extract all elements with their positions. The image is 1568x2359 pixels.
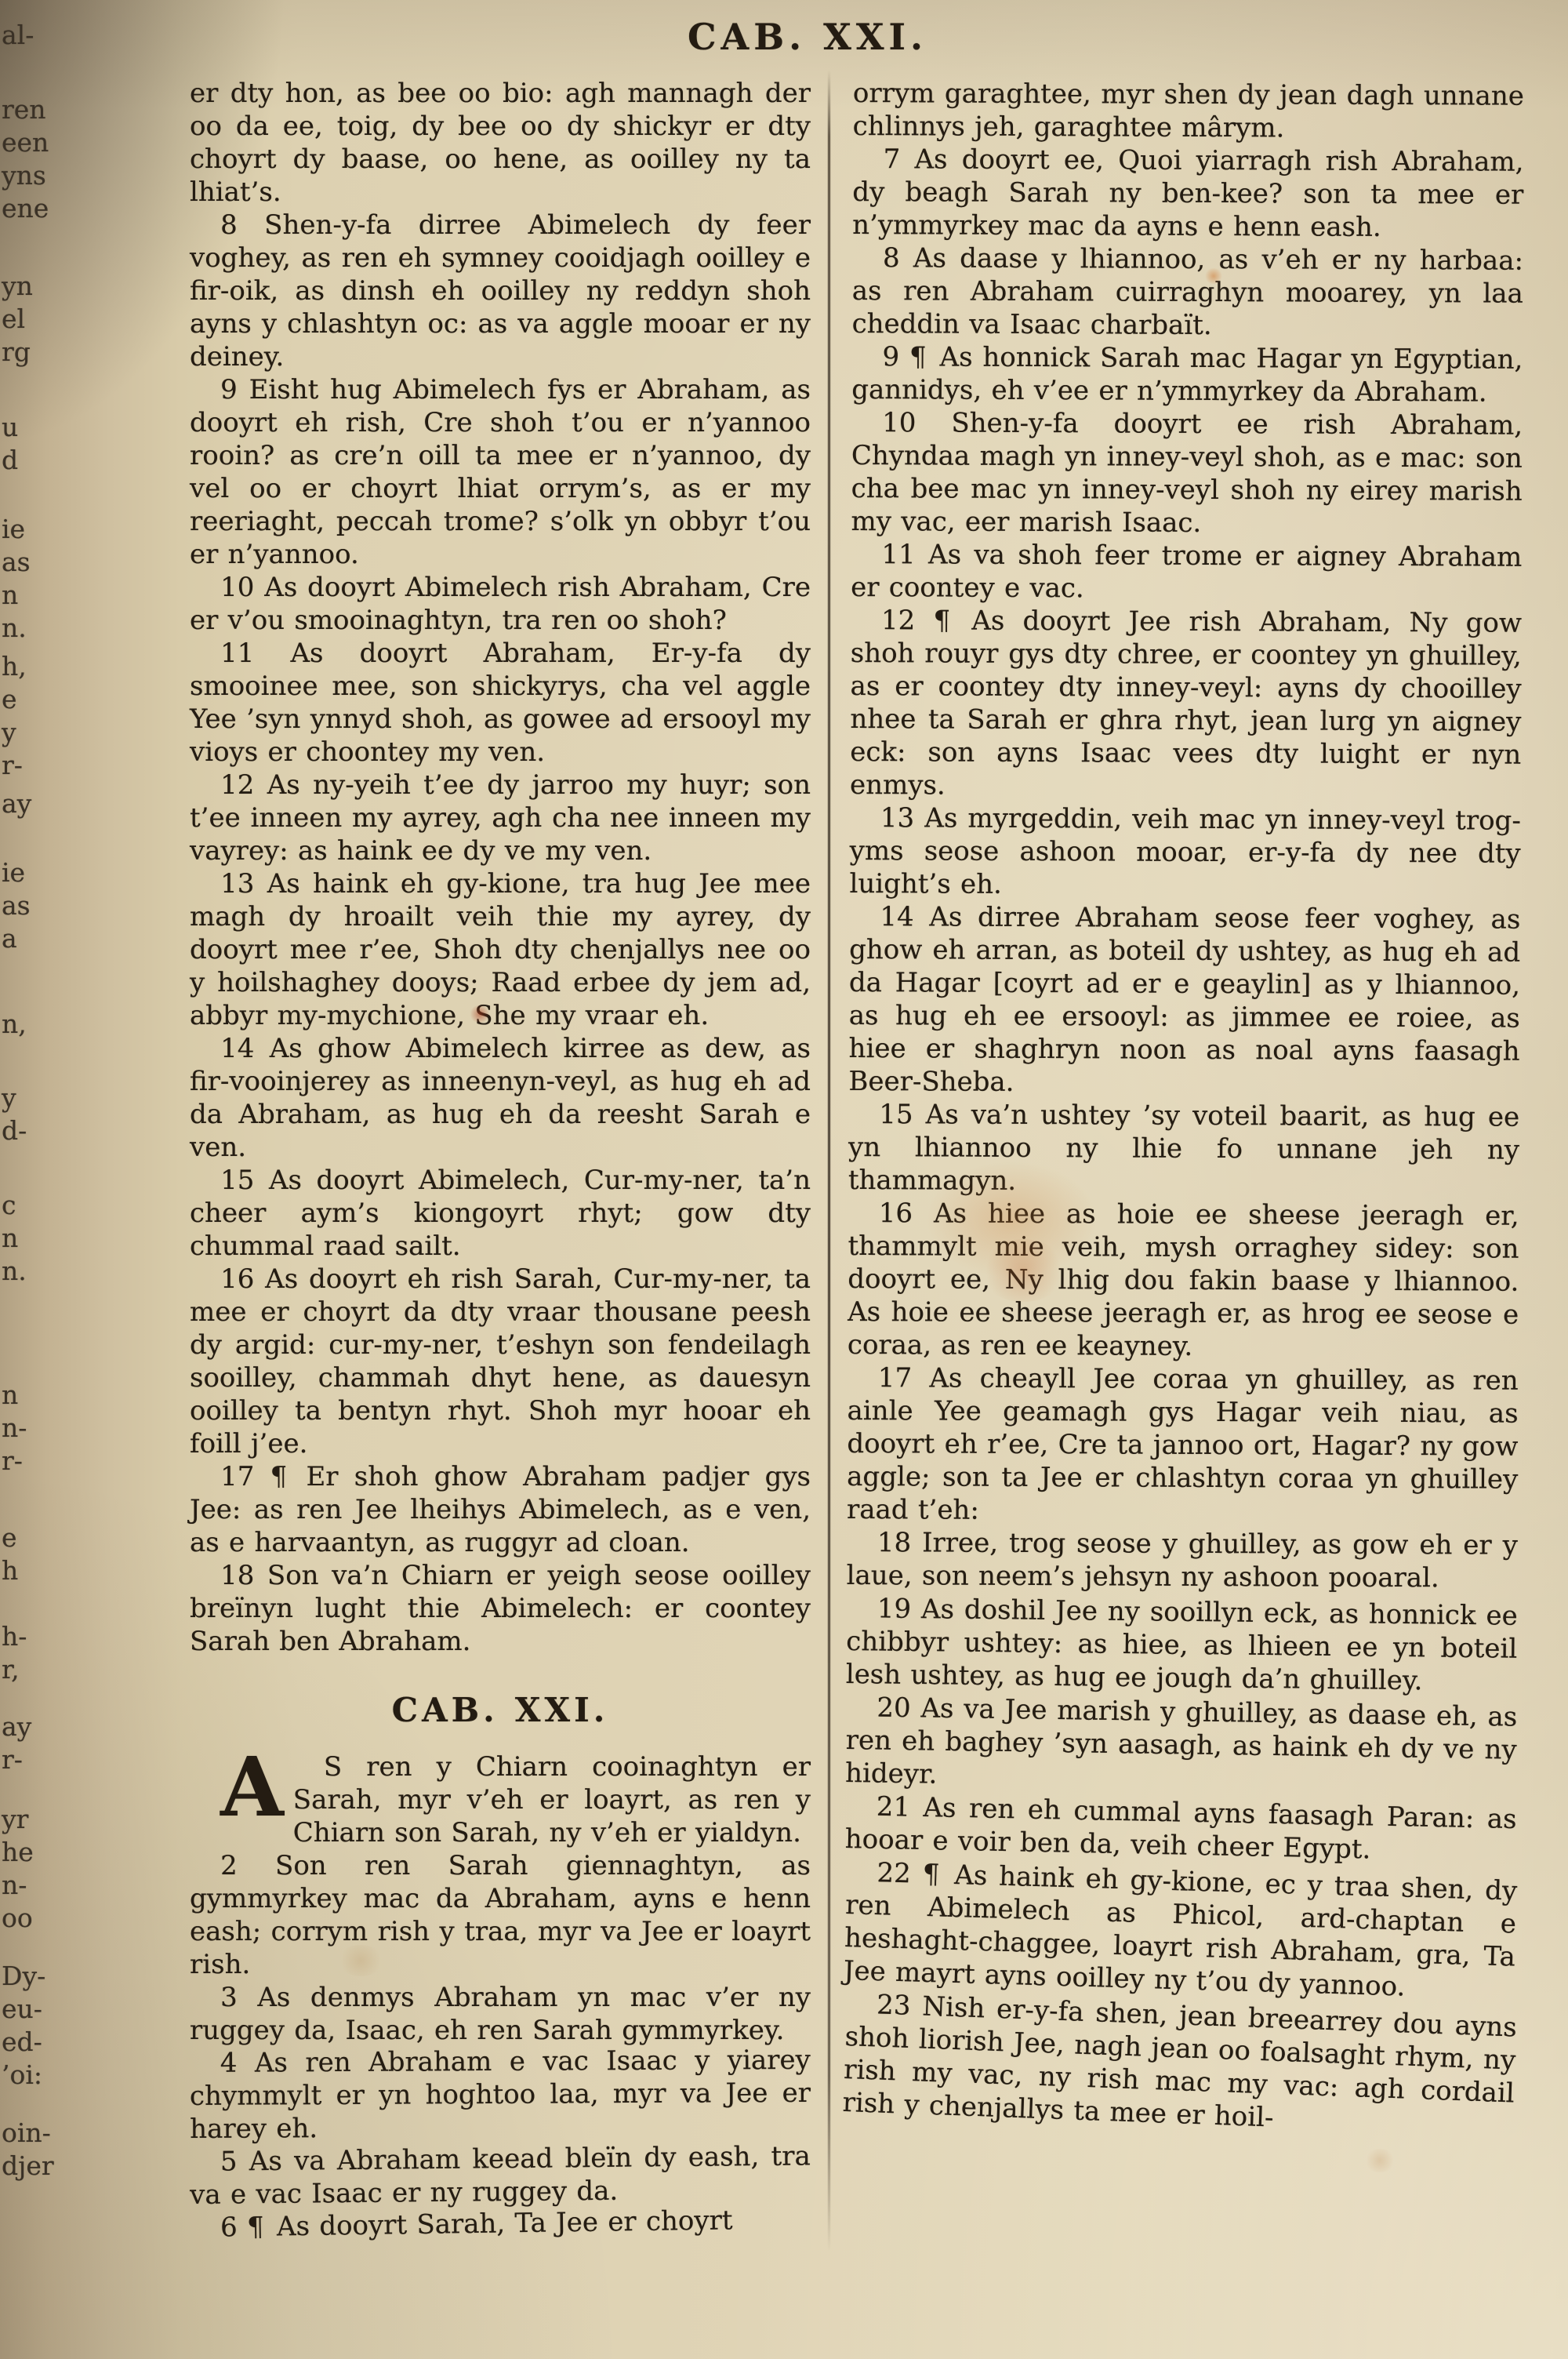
margin-fragment: y (2, 717, 16, 748)
verse-paragraph: 22 ¶ As haink eh gy-kione, ec y traa she… (843, 1856, 1517, 2007)
verse-number: 21 (876, 1791, 924, 1823)
verse-number: 12 (881, 605, 934, 636)
verse-number: 9 (220, 374, 249, 405)
margin-fragment: ay (2, 788, 31, 820)
margin-fragment: n, (2, 1009, 27, 1040)
margin-fragment: oin- (2, 2117, 51, 2149)
margin-fragment: he (2, 1837, 34, 1868)
verse-paragraph: 20 As va Jee marish y ghuilley, as daase… (845, 1691, 1518, 1800)
verse-paragraph: 2 Son ren Sarah giennaghtyn, as gymmyrke… (190, 1849, 811, 1981)
verse-paragraph: 9 Eisht hug Abimelech fys er Abraham, as… (190, 373, 811, 571)
verse-paragraph: 15 As dooyrt Abimelech, Cur-my-ner, ta’n… (190, 1164, 811, 1263)
margin-fragment: Dy- (2, 1961, 45, 1992)
verse-paragraph: 10 Shen-y-fa dooyrt ee rish Abraham, Chy… (851, 406, 1523, 541)
verse-paragraph: 18 Son va’n Chiarn er yeigh seose ooille… (190, 1559, 811, 1658)
verse-paragraph: 14 As dirree Abraham seose feer voghey, … (848, 900, 1520, 1101)
verse-number: 14 (880, 901, 929, 932)
margin-fragment: r- (2, 1744, 23, 1776)
verse-paragraph: 17 As cheayll Jee coraa yn ghuilley, as … (847, 1361, 1519, 1529)
margin-fragment: oo (2, 1903, 33, 1934)
gutter-fragments: al-reneenynseneynelrgudieasnn.h,eyr-ayie… (0, 0, 94, 2359)
margin-fragment: as (2, 547, 31, 578)
verse-number: 18 (220, 1560, 267, 1591)
verse-number: 19 (877, 1593, 922, 1625)
verse-number: 22 (877, 1857, 923, 1890)
verse-paragraph: 3 As denmys Abraham yn mac v’er ny rugge… (190, 1981, 811, 2047)
continuation-paragraph: orrym garaghtee, myr shen dy jean dagh u… (853, 77, 1524, 146)
margin-fragment: n (2, 1379, 18, 1411)
margin-fragment: n- (2, 1412, 27, 1444)
verse-paragraph: 21 As ren eh cummal ayns faasagh Paran: … (844, 1790, 1517, 1869)
right-column: orrym garaghtee, myr shen dy jean dagh u… (844, 77, 1524, 2122)
verse-paragraph: 8 As daase y lhiannoo, as v’eh er ny har… (852, 242, 1524, 343)
verse-number: 7 (884, 144, 915, 175)
verse-number: 6 (220, 2212, 248, 2243)
book-page-photo: CAB. XXI. al-reneenynseneynelrgudieasnn.… (0, 0, 1568, 2359)
verse-number: 15 (220, 1165, 269, 1196)
margin-fragment: djer (2, 2150, 54, 2182)
verse-number: 23 (877, 1989, 924, 2022)
verse-number: 14 (220, 1033, 270, 1064)
margin-fragment: h (2, 1555, 18, 1587)
verse-paragraph: 15 As va’n ushtey ’sy voteil baarit, as … (848, 1098, 1520, 1200)
margin-fragment: h- (2, 1621, 27, 1652)
margin-fragment: yn (2, 271, 33, 302)
margin-fragment: rg (2, 336, 31, 368)
verse-paragraph: 16 As dooyrt eh rish Sarah, Cur-my-ner, … (190, 1263, 811, 1460)
margin-fragment: al- (2, 20, 34, 51)
verse-number: 8 (220, 209, 264, 241)
margin-fragment: ay (2, 1711, 31, 1743)
pilcrow-mark: ¶ (247, 2211, 278, 2243)
verse-number: 12 (220, 769, 267, 801)
verse-paragraph: 8 Shen-y-fa dirree Abimelech dy feer vog… (190, 209, 811, 373)
verse-paragraph: 12 ¶ As dooyrt Jee rish Abraham, Ny gow … (850, 604, 1522, 805)
column-divider-rule (828, 71, 830, 2251)
margin-fragment: n (2, 580, 18, 611)
margin-fragment: ie (2, 514, 25, 545)
verse-paragraph: 10 As dooyrt Abimelech rish Abraham, Cre… (190, 571, 811, 637)
verse-number: 15 (879, 1099, 926, 1130)
drop-cap: A (190, 1750, 293, 1818)
verse-number: 17 (220, 1461, 270, 1492)
verse-paragraph: 17 ¶ Er shoh ghow Abraham padjer gys Jee… (190, 1460, 811, 1559)
verse-number: 9 (882, 341, 909, 373)
verse-paragraph: 7 As dooyrt ee, Quoi yiarragh rish Abrah… (852, 143, 1524, 245)
verse-paragraph: 13 As myrgeddin, veih mac yn inney-veyl … (849, 801, 1521, 903)
verse-number: 13 (220, 868, 267, 900)
margin-fragment: u (2, 412, 18, 443)
verse-number: 16 (220, 1263, 265, 1295)
verse-number: 17 (878, 1362, 930, 1394)
margin-fragment: y (2, 1082, 16, 1114)
margin-fragment: d (2, 445, 18, 476)
margin-fragment: yns (2, 160, 46, 191)
pilcrow-mark: ¶ (933, 605, 971, 636)
margin-fragment: d- (2, 1115, 27, 1147)
left-column: er dty hon, as bee oo bio: agh mannagh d… (190, 77, 811, 2245)
verse-number: 8 (883, 242, 913, 274)
pilcrow-mark: ¶ (270, 1461, 307, 1492)
margin-fragment: e (2, 1522, 17, 1554)
margin-fragment: el (2, 304, 25, 335)
margin-fragment: ed- (2, 2026, 42, 2058)
margin-fragment: ren (2, 94, 46, 125)
verse-paragraph: 23 Nish er-y-fa shen, jean breearrey dou… (842, 1987, 1517, 2143)
margin-fragment: ’oi: (2, 2059, 42, 2091)
margin-fragment: n. (2, 1256, 27, 1287)
margin-fragment: eu- (2, 1994, 42, 2025)
verse-number: 13 (880, 802, 925, 834)
continuation-paragraph: er dty hon, as bee oo bio: agh mannagh d… (190, 77, 811, 209)
verse-number: 2 (220, 1850, 275, 1881)
margin-fragment: n (2, 1223, 18, 1254)
verse-paragraph: 4 As ren Abraham e vac Isaac y yiarey ch… (190, 2044, 811, 2146)
margin-fragment: c (2, 1190, 16, 1221)
page-title: CAB. XXI. (188, 16, 1427, 58)
verse-paragraph: 11 As dooyrt Abraham, Er-y-fa dy smooine… (190, 637, 811, 769)
pilcrow-mark: ¶ (909, 341, 940, 373)
margin-fragment: r, (2, 1654, 20, 1685)
verse-paragraph: 14 As ghow Abimelech kirree as dew, as f… (190, 1032, 811, 1164)
verse-number: 11 (881, 539, 928, 570)
margin-fragment: h, (2, 651, 27, 682)
margin-fragment: ene (2, 193, 49, 224)
verse-number: 10 (220, 572, 264, 603)
margin-fragment: n- (2, 1870, 27, 1901)
margin-fragment: ie (2, 857, 25, 889)
pilcrow-mark: ¶ (922, 1859, 955, 1891)
verse-number: 16 (879, 1198, 934, 1229)
verse-number: 10 (882, 407, 951, 438)
margin-fragment: e (2, 684, 17, 715)
verse-paragraph: 18 Irree, trog seose y ghuilley, as gow … (847, 1526, 1518, 1595)
verse-number: 11 (220, 638, 290, 669)
verse-paragraph: AS ren y Chiarn cooinaghtyn er Sarah, my… (190, 1750, 811, 1849)
verse-paragraph: 13 As haink eh gy-kione, tra hug Jee mee… (190, 867, 811, 1032)
verse-number: 20 (877, 1692, 921, 1725)
verse-number: 3 (220, 1982, 257, 2013)
margin-fragment: r- (2, 1445, 23, 1477)
verse-number: 18 (877, 1527, 922, 1558)
verse-number: 4 (220, 2048, 255, 2079)
margin-fragment: r- (2, 750, 23, 781)
verse-paragraph: 12 As ny-yeih t’ee dy jarroo my huyr; so… (190, 769, 811, 867)
verse-paragraph: 16 As hiee as hoie ee sheese jeeragh er,… (848, 1197, 1519, 1365)
margin-fragment: yr (2, 1804, 28, 1835)
margin-fragment: as (2, 890, 31, 921)
verse-paragraph: 5 As va Abraham keead bleïn dy eash, tra… (190, 2139, 811, 2212)
verse-paragraph: 11 As va shoh feer trome er aigney Abrah… (851, 538, 1522, 607)
verse-paragraph: 9 ¶ As honnick Sarah mac Hagar yn Egypti… (851, 340, 1523, 409)
verse-number: 5 (220, 2146, 249, 2177)
page-stain (1364, 2149, 1396, 2172)
margin-fragment: a (2, 923, 17, 954)
chapter-heading: CAB. XXI. (190, 1694, 811, 1727)
margin-fragment: een (2, 127, 49, 158)
verse-paragraph: 19 As doshil Jee ny sooillyn eck, as hon… (846, 1592, 1518, 1699)
margin-fragment: n. (2, 612, 27, 644)
